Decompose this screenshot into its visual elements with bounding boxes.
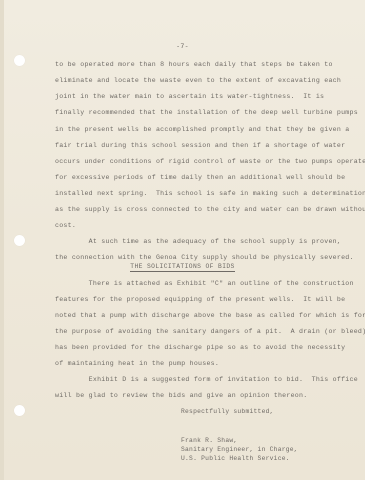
punch-hole-icon xyxy=(14,405,25,416)
document-page: -7- to be operated more than 8 hours eac… xyxy=(0,0,365,480)
paper-edge xyxy=(0,0,4,480)
text-line: There is attached as Exhibit "C" an outl… xyxy=(55,280,354,288)
text-line: the connection with the Genoa City suppl… xyxy=(55,254,354,262)
text-line: of maintaining heat in the pump houses. xyxy=(55,360,219,368)
section-heading: THE SOLICITATIONS OF BIDS xyxy=(0,263,365,271)
text-line: occurs under conditions of rigid control… xyxy=(55,158,365,166)
text-line: installed next spring. This school is sa… xyxy=(55,190,365,198)
text-line: finally recommended that the installatio… xyxy=(55,109,358,117)
signature-title: Sanitary Engineer, in Charge, xyxy=(181,446,298,454)
text-line: in the present wells be accomplished pro… xyxy=(55,126,349,134)
punch-hole-icon xyxy=(14,235,25,246)
text-line: to be operated more than 8 hours each da… xyxy=(55,61,333,69)
text-line: cost. xyxy=(55,222,76,230)
text-line: has been provided for the discharge pipe… xyxy=(55,344,345,352)
section-heading-text: THE SOLICITATIONS OF BIDS xyxy=(130,263,234,272)
text-line: will be glad to review the bids and give… xyxy=(55,392,307,400)
text-line: Exhibit D is a suggested form of invitat… xyxy=(55,376,358,384)
punch-hole-icon xyxy=(14,55,25,66)
text-line: At such time as the adequacy of the scho… xyxy=(55,238,341,246)
text-line: as the supply is cross connected to the … xyxy=(55,206,365,214)
text-line: eliminate and locate the waste even to t… xyxy=(55,77,341,85)
text-line: fair trial during this school session an… xyxy=(55,142,345,150)
closing-text: Respectfully submitted, xyxy=(181,408,274,416)
text-line: joint in the water main to ascertain its… xyxy=(55,93,324,101)
page-number: -7- xyxy=(0,43,365,50)
text-line: the purpose of avoiding the sanitary dan… xyxy=(55,328,365,336)
signature-name: Frank R. Shaw, xyxy=(181,437,237,445)
text-line: features for the proposed equipping of t… xyxy=(55,296,345,304)
text-line: noted that a pump with discharge above t… xyxy=(55,312,365,320)
signature-agency: U.S. Public Health Service. xyxy=(181,455,290,463)
text-line: for excessive periods of time daily then… xyxy=(55,174,345,182)
